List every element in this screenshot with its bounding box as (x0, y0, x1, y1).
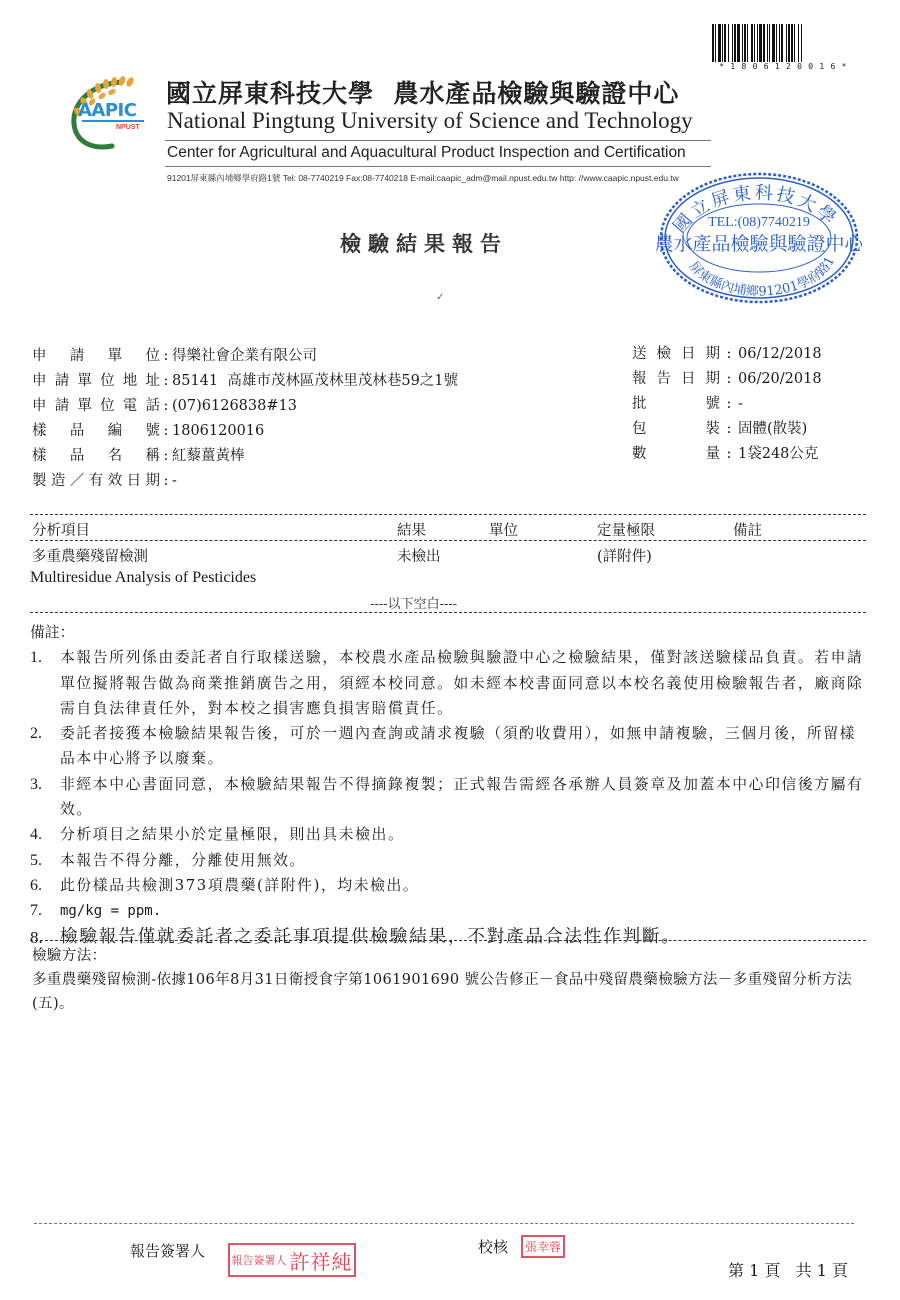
page-info: 第 1 頁 共 1 頁 (728, 1258, 848, 1281)
notes-heading: 備註： (30, 620, 870, 645)
sample-info-row: 包裝:固體(散裝) (632, 417, 822, 442)
note-item: 1.本報告所列係由委託者自行取樣送驗，本校農水產品檢驗與驗證中心之檢驗結果，僅對… (30, 645, 870, 721)
batch-number: - (738, 396, 743, 412)
report-date: 06/20/2018 (738, 371, 822, 387)
sample-info-row: 報告日期:06/20/2018 (632, 367, 822, 392)
packaging: 固體(散裝) (738, 421, 807, 437)
applicant-row: 申請單位電話:(07)6126838#13 (32, 394, 458, 419)
header-divider (165, 166, 711, 167)
notes-section: 備註： 1.本報告所列係由委託者自行取樣送驗，本校農水產品檢驗與驗證中心之檢驗結… (30, 620, 870, 950)
quantity: 1袋248公克 (738, 446, 818, 462)
col-header-remark: 備註 (733, 519, 762, 540)
applicant-address: 85141 高雄市茂林區茂林里茂林巷59之1號 (172, 373, 458, 389)
note-item: 3.非經本中心書面同意，本檢驗結果報告不得摘錄複製；正式報告需經各承辦人員簽章及… (30, 772, 870, 823)
analysis-result: 未檢出 (397, 545, 441, 566)
footer-divider (34, 1223, 854, 1224)
header-divider (165, 140, 711, 141)
reviewer-stamp: 張幸蓉 (521, 1235, 565, 1258)
analysis-item-en: Multiresidue Analysis of Pesticides (30, 569, 256, 587)
sample-info-row: 數量:1袋248公克 (632, 442, 822, 467)
notes-bottom-border (30, 940, 866, 941)
check-mark-icon: ✓ (436, 292, 444, 303)
logo-wordmark: AAPIC (78, 100, 136, 121)
table-bottom-border (30, 612, 866, 613)
applicant-row: 樣品編號:1806120016 (32, 419, 458, 444)
reviewer-label: 校核 (478, 1236, 508, 1257)
col-header-unit: 單位 (489, 519, 518, 540)
sample-number: 1806120016 (172, 423, 264, 439)
col-header-result: 結果 (397, 519, 426, 540)
report-title: 檢驗結果報告 (340, 228, 508, 258)
method-text: 多重農藥殘留檢測-依據106年8月31日衛授食字第1061901690 號公告修… (32, 968, 872, 1016)
applicant-row: 申請單位地址:85141 高雄市茂林區茂林里茂林巷59之1號 (32, 369, 458, 394)
applicant-row: 製造／有效日期:- (32, 469, 458, 494)
contact-line: 91201屏東縣內埔鄉學府路1號 Tel: 08-7740219 Fax:08-… (167, 172, 679, 184)
submission-date: 06/12/2018 (738, 346, 822, 362)
sample-info-row: 送檢日期:06/12/2018 (632, 342, 822, 367)
barcode-number: *1806120016* (712, 62, 860, 71)
note-item: 2.委託者接獲本檢驗結果報告後，可於一週內查詢或請求複驗（須酌收費用），如無申請… (30, 721, 870, 772)
logo-sub: NPUST (116, 124, 140, 131)
sample-info-row: 批號:- (632, 392, 822, 417)
barcode (712, 24, 860, 62)
applicant-phone: (07)6126838#13 (172, 398, 297, 414)
applicant-row: 申請單位:得樂社會企業有限公司 (32, 344, 458, 369)
applicant-name: 得樂社會企業有限公司 (172, 348, 317, 364)
note-item: 4.分析項目之結果小於定量極限，則出具未檢出。 (30, 822, 870, 847)
end-of-table-marker: ----以下空白---- (370, 593, 457, 612)
sample-name: 紅藜薑黃棒 (172, 448, 245, 464)
col-header-loq: 定量極限 (597, 519, 655, 540)
method-section: 檢驗方法： 多重農藥殘留檢測-依據106年8月31日衛授食字第106190169… (32, 944, 872, 1016)
svg-text:TEL:(08)7740219: TEL:(08)7740219 (708, 215, 810, 230)
svg-text:農水產品檢驗與驗證中心: 農水產品檢驗與驗證中心 (656, 233, 862, 255)
expiry-date: - (172, 473, 177, 489)
col-header-item: 分析項目 (32, 519, 90, 540)
table-header-border (30, 540, 866, 541)
sample-info: 送檢日期:06/12/2018 報告日期:06/20/2018 批號:- 包裝:… (632, 342, 822, 467)
analysis-item-zh: 多重農藥殘留檢測 (32, 545, 148, 566)
signer-label: 報告簽署人 (130, 1240, 205, 1261)
applicant-info: 申請單位:得樂社會企業有限公司 申請單位地址:85141 高雄市茂林區茂林里茂林… (32, 344, 458, 494)
institution-name-zh: 國立屏東科技大學 農水產品檢驗與驗證中心 (166, 74, 679, 110)
applicant-row: 樣品名稱:紅藜薑黃棒 (32, 444, 458, 469)
institution-name-en: National Pingtung University of Science … (167, 108, 693, 134)
signer-stamp: 報告簽署人 許祥純 (228, 1243, 356, 1277)
analysis-loq: (詳附件) (597, 545, 652, 566)
note-item: 6.此份樣品共檢測373項農藥(詳附件)，均未檢出。 (30, 873, 870, 898)
official-seal-icon: 國立屏東科技大學 TEL:(08)7740219 農水產品檢驗與驗證中心 屏東縣… (656, 168, 862, 308)
note-item: 7.mg/kg = ppm. (30, 898, 870, 924)
center-name-en: Center for Agricultural and Aquacultural… (167, 144, 686, 162)
method-heading: 檢驗方法： (32, 944, 872, 968)
table-top-border (30, 514, 866, 515)
note-item: 5.本報告不得分離，分離使用無效。 (30, 848, 870, 873)
